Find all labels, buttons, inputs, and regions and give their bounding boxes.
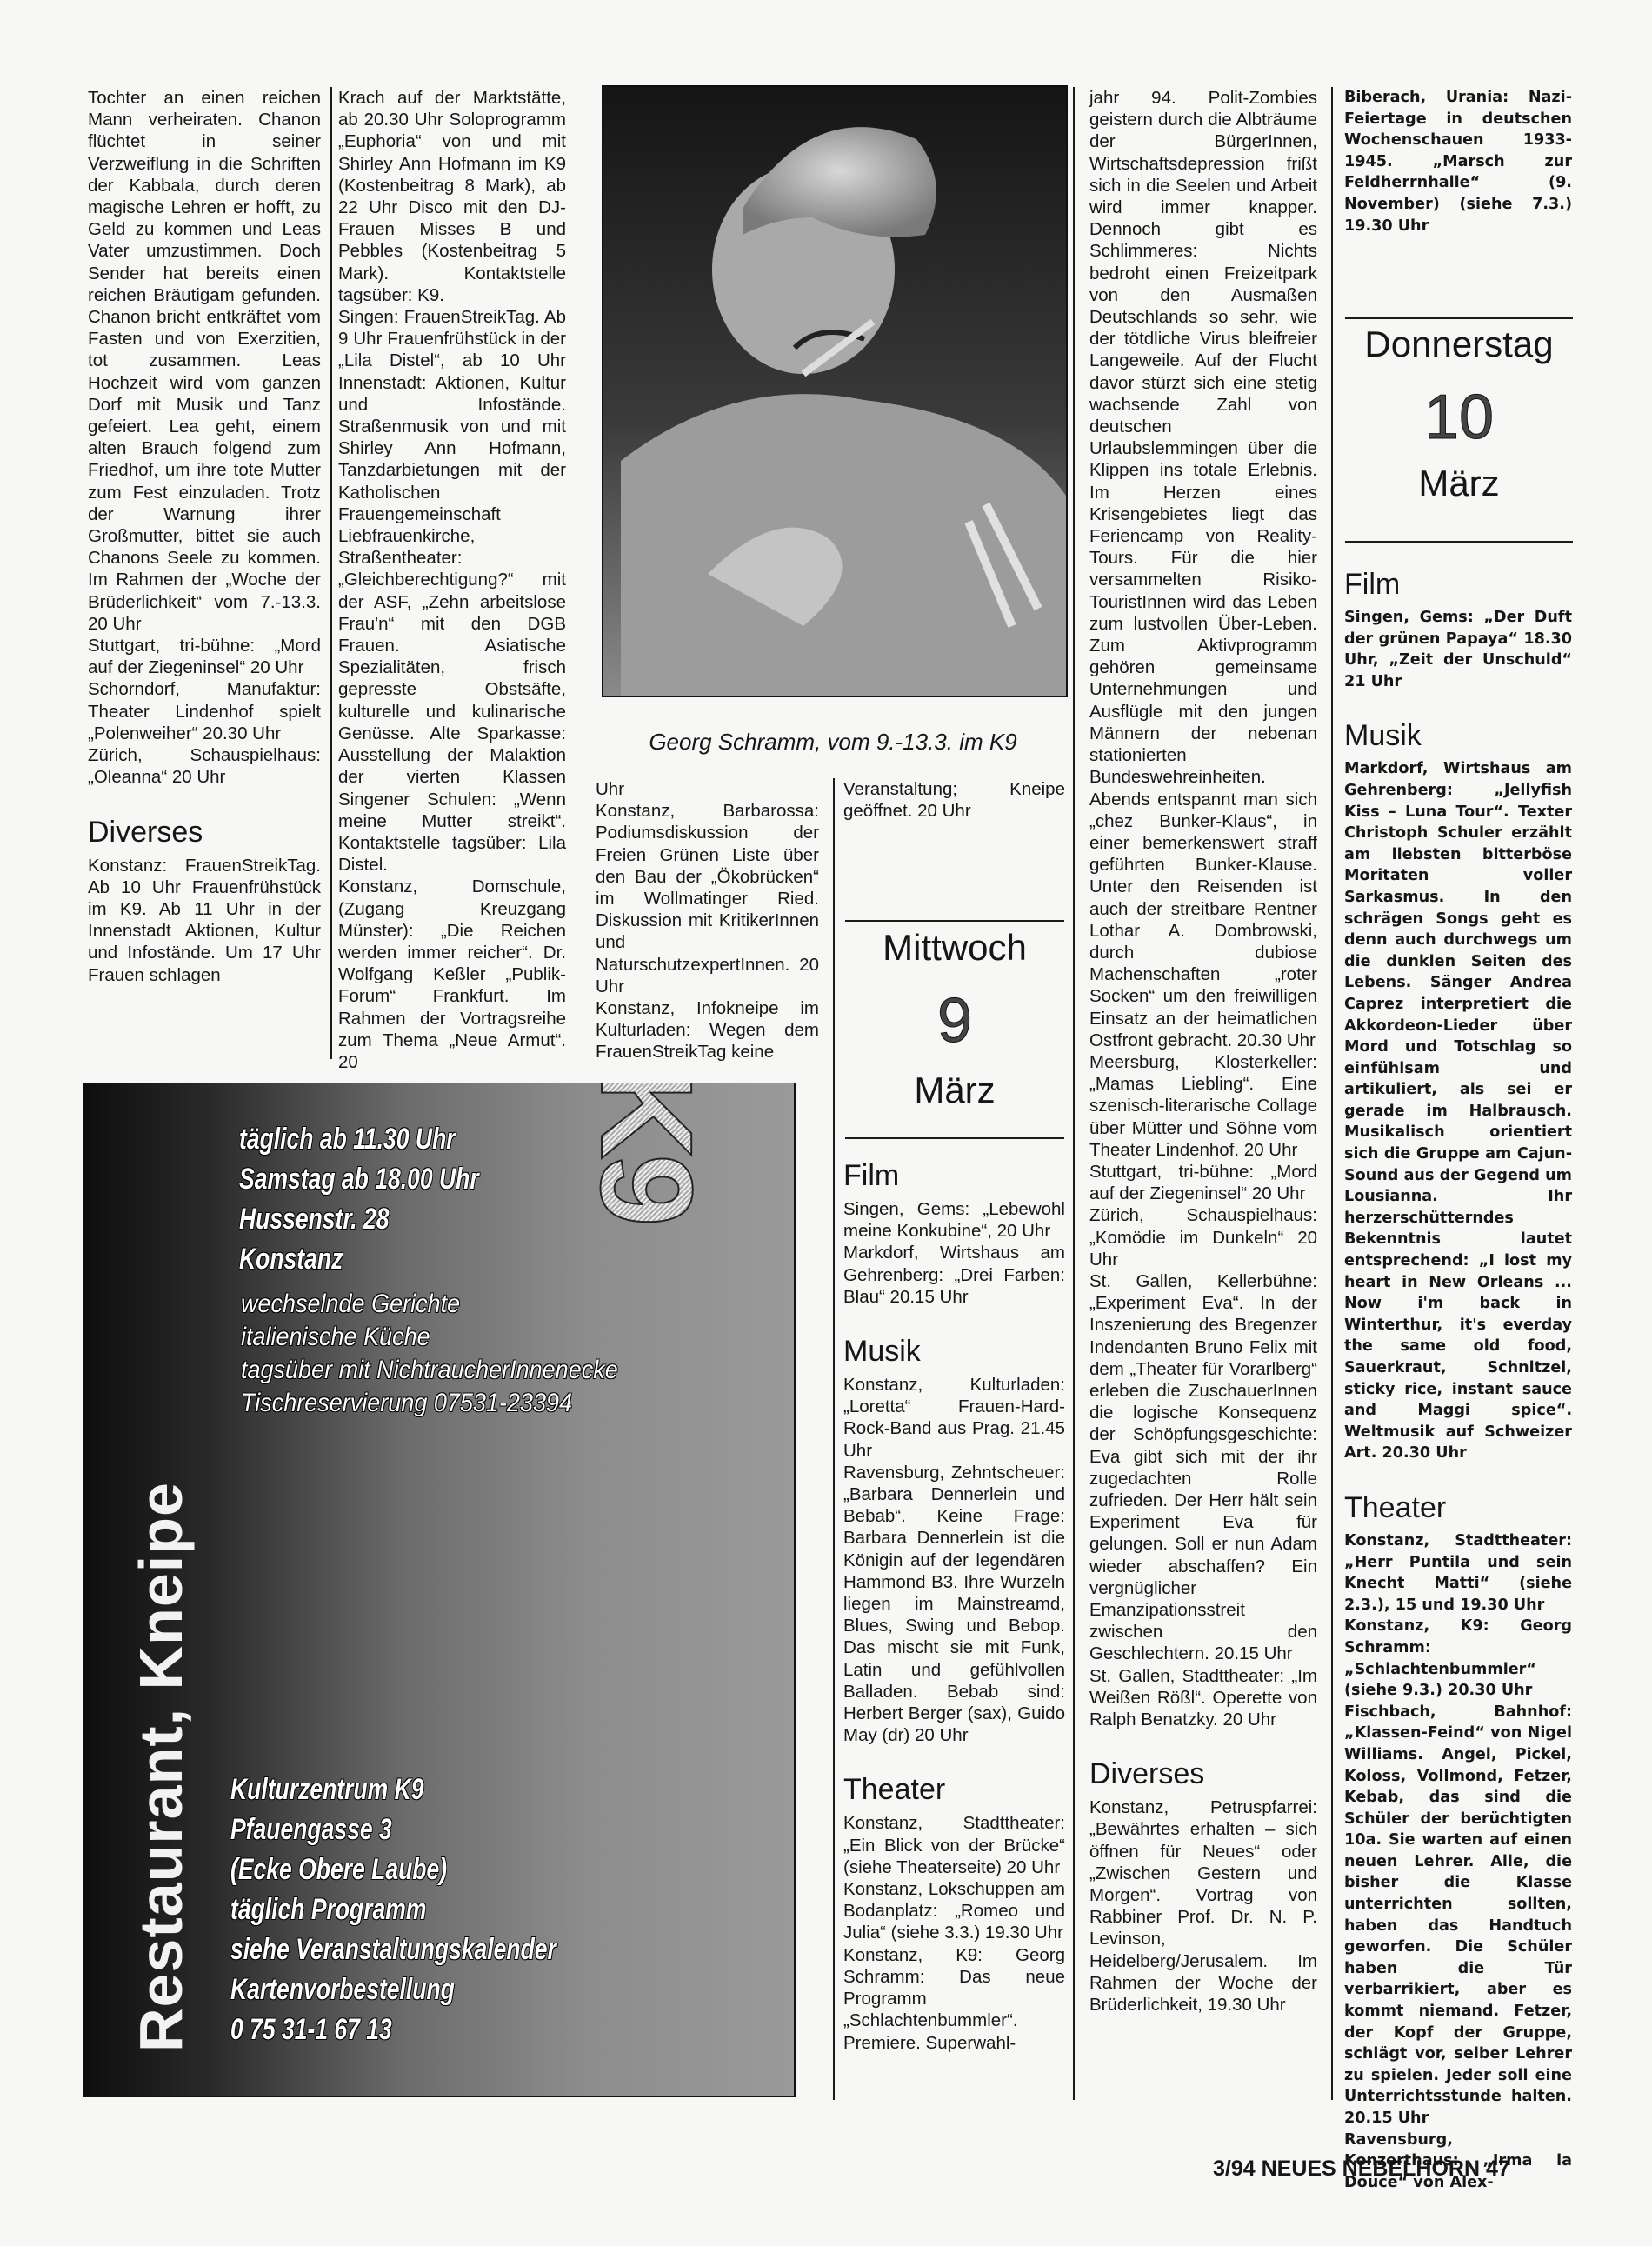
day-number: 10 bbox=[1345, 374, 1573, 461]
listing-entry: Biberach, Urania: Nazi-Feiertage in deut… bbox=[1344, 87, 1572, 237]
listing-entry: Stuttgart, tri-bühne: „Mord auf der Zieg… bbox=[88, 635, 321, 678]
listing-entry: Konstanz, Lokschuppen am Bodanplatz: „Ro… bbox=[843, 1878, 1065, 1944]
listing-entry: Schorndorf, Manufaktur: Theater Lindenho… bbox=[88, 678, 321, 744]
day-rule-bottom bbox=[1345, 541, 1573, 543]
listing-entry: Konstanz, Infokneipe im Kulturladen: Weg… bbox=[596, 997, 819, 1063]
day-rule-bottom bbox=[845, 1137, 1064, 1139]
ad-line: Tischreservierung 07531-23394 bbox=[241, 1387, 618, 1420]
section-heading-film: Film bbox=[843, 1158, 1065, 1193]
ad-vertical-title: Restaurant, Kneipe bbox=[126, 1482, 196, 2052]
listing-entry: jahr 94. Polit-Zombies geistern durch di… bbox=[1089, 87, 1317, 1051]
column-1: Tochter an einen reichen Mann verheirate… bbox=[88, 87, 321, 986]
listing-entry: Konstanz, Stadttheater: „Herr Puntila un… bbox=[1344, 1530, 1572, 1616]
listing-entry: Konstanz, Petruspfarrei: „Bewährtes erha… bbox=[1089, 1796, 1317, 2016]
ad-line: Hussenstr. 28 bbox=[239, 1199, 479, 1239]
section-heading-film: Film bbox=[1344, 567, 1572, 602]
column-4-listings: Film Singen, Gems: „Lebewohl meine Konku… bbox=[843, 1158, 1065, 2054]
listing-entry: St. Gallen, Stadttheater: „Im Weißen Röß… bbox=[1089, 1665, 1317, 1731]
ad-line: italienische Küche bbox=[241, 1321, 618, 1354]
listing-entry: Stuttgart, tri-bühne: „Mord auf der Zieg… bbox=[1089, 1161, 1317, 1204]
day-number: 9 bbox=[845, 977, 1064, 1064]
column-3: Uhr Konstanz, Barbarossa: Podiumsdiskuss… bbox=[596, 778, 819, 1063]
listing-entry: Konstanz: FrauenStreikTag. Ab 10 Uhr Fra… bbox=[88, 855, 321, 986]
photo-caption: Georg Schramm, vom 9.-13.3. im K9 bbox=[602, 729, 1064, 756]
k9-logo: K9 bbox=[571, 1083, 722, 1222]
ad-line: wechselnde Gerichte bbox=[241, 1288, 618, 1321]
listing-entry: Zürich, Schauspielhaus: „Komödie im Dunk… bbox=[1089, 1204, 1317, 1270]
section-heading-diverses: Diverses bbox=[1089, 1756, 1317, 1791]
article-text: Tochter an einen reichen Mann verheirate… bbox=[88, 87, 321, 635]
ad-opening-hours: täglich ab 11.30 Uhr Samstag ab 18.00 Uh… bbox=[239, 1119, 546, 1279]
weekday-label: Donnerstag bbox=[1345, 322, 1573, 367]
column-divider bbox=[1331, 87, 1333, 2100]
ad-line: Samstag ab 18.00 Uhr bbox=[239, 1159, 479, 1199]
listing-entry: Zürich, Schauspielhaus: „Oleanna“ 20 Uhr bbox=[88, 744, 321, 788]
listing-entry: Konstanz, K9: Georg Schramm: Das neue Pr… bbox=[843, 1944, 1065, 2054]
column-divider bbox=[1073, 87, 1075, 2100]
weekday-label: Mittwoch bbox=[845, 925, 1064, 970]
month-label: März bbox=[1345, 461, 1573, 506]
listing-entry: Konstanz, Barbarossa: Podiumsdiskussion … bbox=[596, 800, 819, 997]
listing-entry: Singen: FrauenStreikTag. Ab 9 Uhr Frauen… bbox=[338, 306, 566, 876]
column-divider bbox=[833, 778, 835, 2100]
section-heading-musik: Musik bbox=[1344, 718, 1572, 753]
listing-entry: Konstanz, K9: Georg Schramm: „Schlachten… bbox=[1344, 1616, 1572, 1701]
column-4: Veranstaltung; Kneipe geöffnet. 20 Uhr bbox=[843, 778, 1065, 822]
month-label: März bbox=[845, 1068, 1064, 1113]
day-header-wednesday: Mittwoch 9 März bbox=[845, 925, 1064, 1113]
ad-line: (Ecke Obere Laube) bbox=[230, 1849, 556, 1889]
photo-georg-schramm bbox=[602, 85, 1068, 697]
column-6-listings: Film Singen, Gems: „Der Duft der grünen … bbox=[1344, 567, 1572, 2193]
column-6: Biberach, Urania: Nazi-Feiertage in deut… bbox=[1344, 87, 1572, 237]
ad-line: täglich Programm bbox=[230, 1889, 556, 1929]
listing-entry: Meersburg, Klosterkeller: „Mamas Lieblin… bbox=[1089, 1051, 1317, 1161]
listing-entry: Konstanz, Stadttheater: „Ein Blick von d… bbox=[843, 1812, 1065, 1878]
ad-features: wechselnde Gerichte italienische Küche t… bbox=[241, 1288, 660, 1420]
portrait-photo bbox=[603, 87, 1066, 696]
ad-line: Konstanz bbox=[239, 1239, 479, 1279]
section-heading-theater: Theater bbox=[843, 1772, 1065, 1807]
day-rule-top bbox=[1345, 317, 1573, 319]
listing-entry: Singen, Gems: „Der Duft der grünen Papay… bbox=[1344, 607, 1572, 692]
listing-entry: Singen, Gems: „Lebewohl meine Konkubine“… bbox=[843, 1198, 1065, 1242]
listing-entry: Konstanz, Domschule, (Zugang Kreuzgang M… bbox=[338, 876, 566, 1073]
listing-entry: Veranstaltung; Kneipe geöffnet. 20 Uhr bbox=[843, 778, 1065, 822]
ad-line: Kartenvorbestellung bbox=[230, 1969, 556, 2009]
listing-entry: Ravensburg, Zehntscheuer: „Barbara Denne… bbox=[843, 1462, 1065, 1747]
ad-kulturzentrum: Kulturzentrum K9 Pfauengasse 3 (Ecke Obe… bbox=[230, 1769, 649, 2049]
listing-entry: Markdorf, Wirtshaus am Gehrenberg: „Drei… bbox=[843, 1242, 1065, 1308]
listing-entry: Konstanz, Kulturladen: „Loretta“ Frauen-… bbox=[843, 1374, 1065, 1462]
ad-line: tagsüber mit NichtraucherInnenecke bbox=[241, 1354, 618, 1387]
listing-entry: Markdorf, Wirtshaus am Gehrenberg: „Jell… bbox=[1344, 758, 1572, 1464]
day-header-thursday: Donnerstag 10 März bbox=[1345, 322, 1573, 506]
ad-line: täglich ab 11.30 Uhr bbox=[239, 1119, 479, 1159]
page-footer: 3/94 NEUES NEBELHORN 47 bbox=[1213, 2156, 1510, 2182]
listing-entry: St. Gallen, Kellerbühne: „Experiment Eva… bbox=[1089, 1270, 1317, 1665]
k9-advertisement: Restaurant, Kneipe K9 täglich ab 11.30 U… bbox=[83, 1083, 796, 2097]
section-heading-diverses: Diverses bbox=[88, 815, 321, 850]
day-rule-top bbox=[845, 920, 1064, 922]
ad-line: siehe Veranstaltungskalender bbox=[230, 1929, 556, 1969]
section-heading-musik: Musik bbox=[843, 1334, 1065, 1369]
column-divider bbox=[330, 87, 332, 1059]
column-5: jahr 94. Polit-Zombies geistern durch di… bbox=[1089, 87, 1317, 2016]
listing-entry: Uhr bbox=[596, 778, 819, 800]
ad-line: 0 75 31-1 67 13 bbox=[230, 2009, 556, 2049]
ad-line: Pfauengasse 3 bbox=[230, 1809, 556, 1849]
section-heading-theater: Theater bbox=[1344, 1490, 1572, 1525]
listing-entry: Krach auf der Marktstätte, ab 20.30 Uhr … bbox=[338, 87, 566, 306]
ad-line: Kulturzentrum K9 bbox=[230, 1769, 556, 1809]
listing-entry: Fischbach, Bahnhof: „Klassen-Feind“ von … bbox=[1344, 1702, 1572, 2129]
column-2: Krach auf der Marktstätte, ab 20.30 Uhr … bbox=[338, 87, 566, 1073]
